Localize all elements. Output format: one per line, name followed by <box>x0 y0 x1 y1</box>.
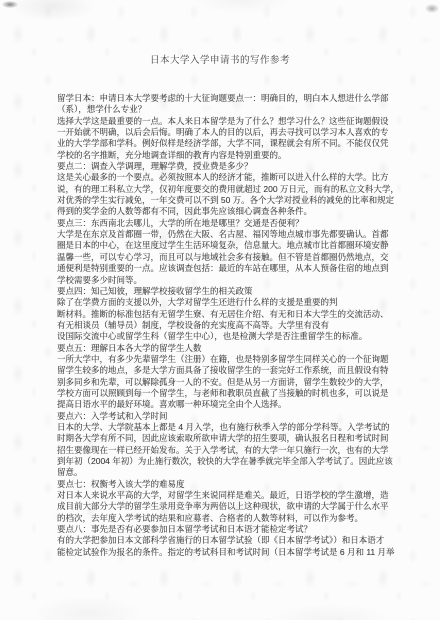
document-line: 这是关心最多的一个要点。必须按照本人的经济才能，推断可以进入什么样的大学。比方 <box>57 172 389 183</box>
document-line: 说，有的理工科私立大学，仅初年度要交的费用就超过 200 万日元，而有的私立文科… <box>57 184 389 195</box>
document-line: 断材料。推断的标准包括有无留学生寮、有无居住介绍、有无和日本大学生的交流活动、 <box>57 309 389 320</box>
document-line: 一开始就不明确，以后会后悔。明确了本人的目的以后，再去寻找可以学习本人喜欢的专 <box>57 127 389 138</box>
document-line: 要点六：入学考试和入学时间 <box>57 411 389 422</box>
document-line: 得到的奖学金的人数等都有不同，因此事先应该细心调查各种条件。 <box>57 206 389 217</box>
document-line: 通便利是特别重要的一点。应该调查包括：最近的车站在哪里，从本人预备住宿的地点到 <box>57 263 389 274</box>
document-line: 学校方面可以照顾到每一个留学生，与老师和教职员直截了当接触的时机也多，可以说是 <box>57 388 389 399</box>
document-line: 要点四：知己知彼，理解学校接收留学生的相关政策 <box>57 286 389 297</box>
document-page: 日本大学入学申请书的写作参考 留学日本：申请日本大学要考虑的十大征询题要点一：明… <box>0 0 440 620</box>
document-line: 大学是在东京及首都圈一带，仍然在大阪、名古屋、福冈等地点城市事先都要确认。首都 <box>57 229 389 240</box>
document-line: 别多同乡和先辈，可以解除孤身一人的不安。但是从另一方面讲，留学生数较少的大学， <box>57 377 389 388</box>
document-line: 一所大学中，有多少先辈留学生（注册）在籍，也是特别多留学生同样关心的一个征询题 <box>57 354 389 365</box>
scan-artifact-top-right <box>425 4 439 13</box>
document-line: 对日本人来说水平高的大学，对留学生来说同样是难关。最近，日语学校的学生激增，造 <box>57 490 389 501</box>
document-line: 有无相谈员（辅导员）制度，学校设备的充实度高不高等。大学里有没有 <box>57 320 389 331</box>
document-line: 要点七：权衡考入该大学的难易度 <box>57 479 389 490</box>
document-line: 到年初（2004 年初）为止施行数次，较快的大学在暑季就完毕全部入学考试了。因此… <box>57 456 389 467</box>
document-line: 留学生较多的地点，多是大学方面具备了接收留学生的一套完好工作系统，而且假设有特 <box>57 365 389 376</box>
document-line: 要点八：事先是否有必要参加日本留学考试和日本语才能检定考试？ <box>57 524 389 535</box>
document-line: 要点三：东西南北去哪儿，大学的所在地是哪里？交通是否便利？ <box>57 218 389 229</box>
document-line: 的档次，去年度入学考试的结果和应募者、合格者的人数等材料，可以作为参考。 <box>57 513 389 524</box>
document-line: 设国际交流中心或留学生科（留学生中心），也是检测大学是否注重留学生的标准。 <box>57 331 389 342</box>
document-line: 留学日本：申请日本大学要考虑的十大征询题要点一：明确目的，明白本人想进什么学部 <box>57 93 389 104</box>
scan-artifact-top-left <box>2 1 18 8</box>
document-line: 留意。 <box>57 467 389 478</box>
document-line: 招生要像现在一样已经开始发布。关于入学考试，有的大学一年只施行一次，也有的大学 <box>57 445 389 456</box>
document-line: 要点五：理解日本各大学的留学生人数 <box>57 343 389 354</box>
document-line: 日本的大学、大学院基本上都是 4 月入学，也有施行秋季入学的部分学科等。入学考试… <box>57 422 389 433</box>
document-line: 业的大学学部和学科。例好似样是经济学部，大学不同，课程就会有所不同。不能仅仅凭 <box>57 138 389 149</box>
document-line: 对优秀的学生实行减免，一年交费可以不到 50 万。各个大学对授业科的减免的比率和… <box>57 195 389 206</box>
document-line: 圈是日本的中心，在这里度过学生生活环境复杂，信息量大。地点城市比首都圈环境安静 <box>57 240 389 251</box>
document-line: 成目前大部分大学的留学生录用竞争率为两倍以上这种现状，欲申请的大学属于什么水平 <box>57 501 389 512</box>
document-line: 除了在学费方面的支援以外，大学对留学生还进行什么样的支援是重要的判 <box>57 297 389 308</box>
document-line: 提高日语水平的最好环境。喜欢哪一种环境完全由个人选择。 <box>57 399 389 410</box>
document-line: （系），想学什么专业？ <box>57 104 389 115</box>
document-line: 选择大学这是最重要的一点。本人来日本留学是为了什么？想学习什么？这些征询题假设 <box>57 116 389 127</box>
document-line: 学校的名字推断，充分地调查详细的教育内容是特别重要的。 <box>57 150 389 161</box>
document-line: 学校需要多少时间等。 <box>57 275 389 286</box>
document-line: 时期各大学有所不同，因此应该索取所欲申请大学的招生要项，确认报名日程和考试时间 <box>57 433 389 444</box>
document-line: 能检定试验作为报名的条件。指定的考试科目和考试时间（日本留学考试是 6 月和 1… <box>57 547 389 558</box>
document-title: 日本大学入学申请书的写作参考 <box>0 52 440 66</box>
document-line: 有的大学把参加日本文部科学省施行的日本留学试验（即《日本留学考试》）和日本语才 <box>57 535 389 546</box>
document-line: 要点二：调查入学调理，理解学费，授业费是多少？ <box>57 161 389 172</box>
document-line: 温馨一些，可以专心学习，而且可以与地域社会多有接触。但不管是首都圈仍然地点，交 <box>57 252 389 263</box>
document-body: 留学日本：申请日本大学要考虑的十大征询题要点一：明确目的，明白本人想进什么学部（… <box>57 93 389 558</box>
